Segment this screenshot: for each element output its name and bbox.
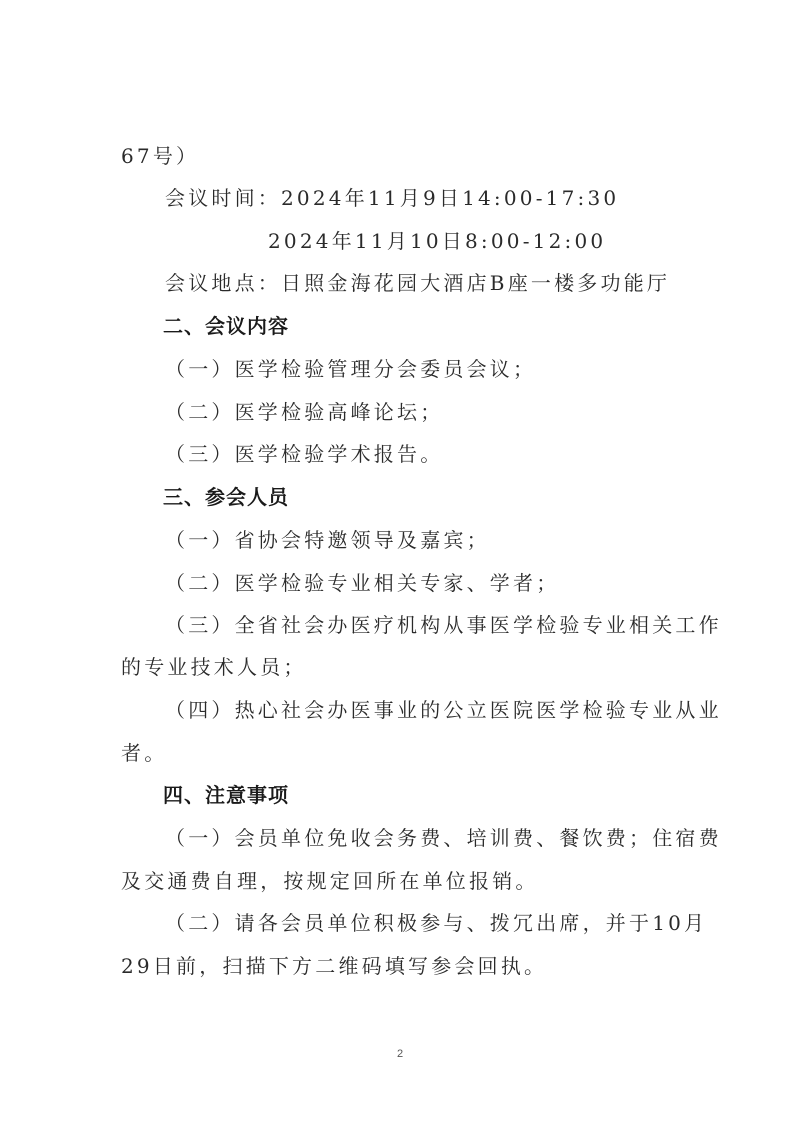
list-item: （三）医学检验学术报告。 (165, 441, 443, 467)
list-item: （一）医学检验管理分会委员会议； (165, 356, 536, 382)
list-item-continuation: 的专业技术人员； (121, 654, 307, 680)
list-item-continuation: 29日前，扫描下方二维码填写参会回执。 (121, 953, 547, 979)
list-item: （四）热心社会办医事业的公立医院医学检验专业从业 (165, 697, 722, 723)
list-item-continuation: 及交通费自理，按规定回所在单位报销。 (121, 868, 539, 894)
list-item: （二）请各会员单位积极参与、拨冗出席，并于10月 (165, 910, 707, 936)
list-item: （二）医学检验专业相关专家、学者； (165, 570, 559, 596)
meeting-location: 会议地点：日照金海花园大酒店B座一楼多功能厅 (165, 270, 670, 296)
meeting-time-second-day: 2024年11月10日8:00-12:00 (268, 228, 606, 254)
section-heading-content: 二、会议内容 (163, 313, 289, 339)
section-heading-attendees: 三、参会人员 (163, 484, 289, 510)
list-item: （二）医学检验高峰论坛； (165, 399, 443, 425)
section-heading-notes: 四、注意事项 (163, 782, 289, 808)
list-item-continuation: 者。 (121, 740, 167, 766)
meeting-time: 会议时间：2024年11月9日14:00-17:30 (165, 185, 619, 211)
list-item: （一）省协会特邀领导及嘉宾； (165, 527, 490, 553)
page-number: 2 (0, 1048, 800, 1060)
address-continuation: 67号） (121, 143, 199, 169)
list-item: （三）全省社会办医疗机构从事医学检验专业相关工作 (165, 612, 722, 638)
list-item: （一）会员单位免收会务费、培训费、餐饮费；住宿费 (165, 825, 722, 851)
